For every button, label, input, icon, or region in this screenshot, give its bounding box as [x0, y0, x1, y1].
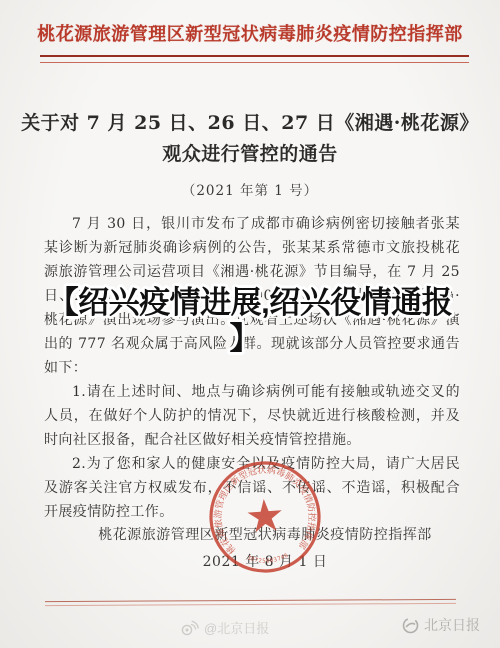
document-title-line2: 观众进行管控的通告	[162, 143, 338, 165]
beijing-daily-logo-icon	[402, 617, 419, 634]
beijing-daily-watermark: 北京日报	[402, 615, 480, 635]
document-paper: 桃花源旅游管理区新型冠状病毒肺炎疫情防控指挥部 关于对 7 月 25 日、26 …	[0, 0, 500, 648]
footer-divider-line	[45, 599, 456, 606]
paragraph-item-1: 1.请在上述时间、地点与确诊病例可能有接触或轨迹交叉的人员，在做好个人防护的情况…	[44, 380, 460, 452]
weibo-watermark: @北京日报	[180, 618, 269, 637]
letterhead-title: 桃花源旅游管理区新型冠状病毒肺炎疫情防控指挥部	[0, 20, 500, 46]
notice-photo: 桃花源旅游管理区新型冠状病毒肺炎疫情防控指挥部 关于对 7 月 25 日、26 …	[0, 0, 500, 648]
weibo-icon	[180, 620, 199, 636]
letterhead-divider-line	[40, 55, 469, 63]
weibo-watermark-label: @北京日报	[204, 618, 269, 637]
paragraph-intro: 7 月 30 日，银川市发布了成都市确诊病例密切接触者张某某诊断为新冠肺炎确诊病…	[44, 212, 460, 380]
document-title-line1: 关于对 7 月 25 日、26 日、27 日《湘遇·桃花源》	[21, 112, 479, 134]
document-title: 关于对 7 月 25 日、26 日、27 日《湘遇·桃花源》观众进行管控的通告	[20, 108, 480, 170]
document-number: （2021 年第 1 号）	[0, 179, 500, 199]
official-seal: 桃花源旅游管理区新型冠状病毒肺炎疫情防控指挥部 4307250037462	[202, 454, 328, 580]
beijing-daily-watermark-label: 北京日报	[424, 615, 480, 635]
seal-star-icon	[247, 498, 283, 533]
